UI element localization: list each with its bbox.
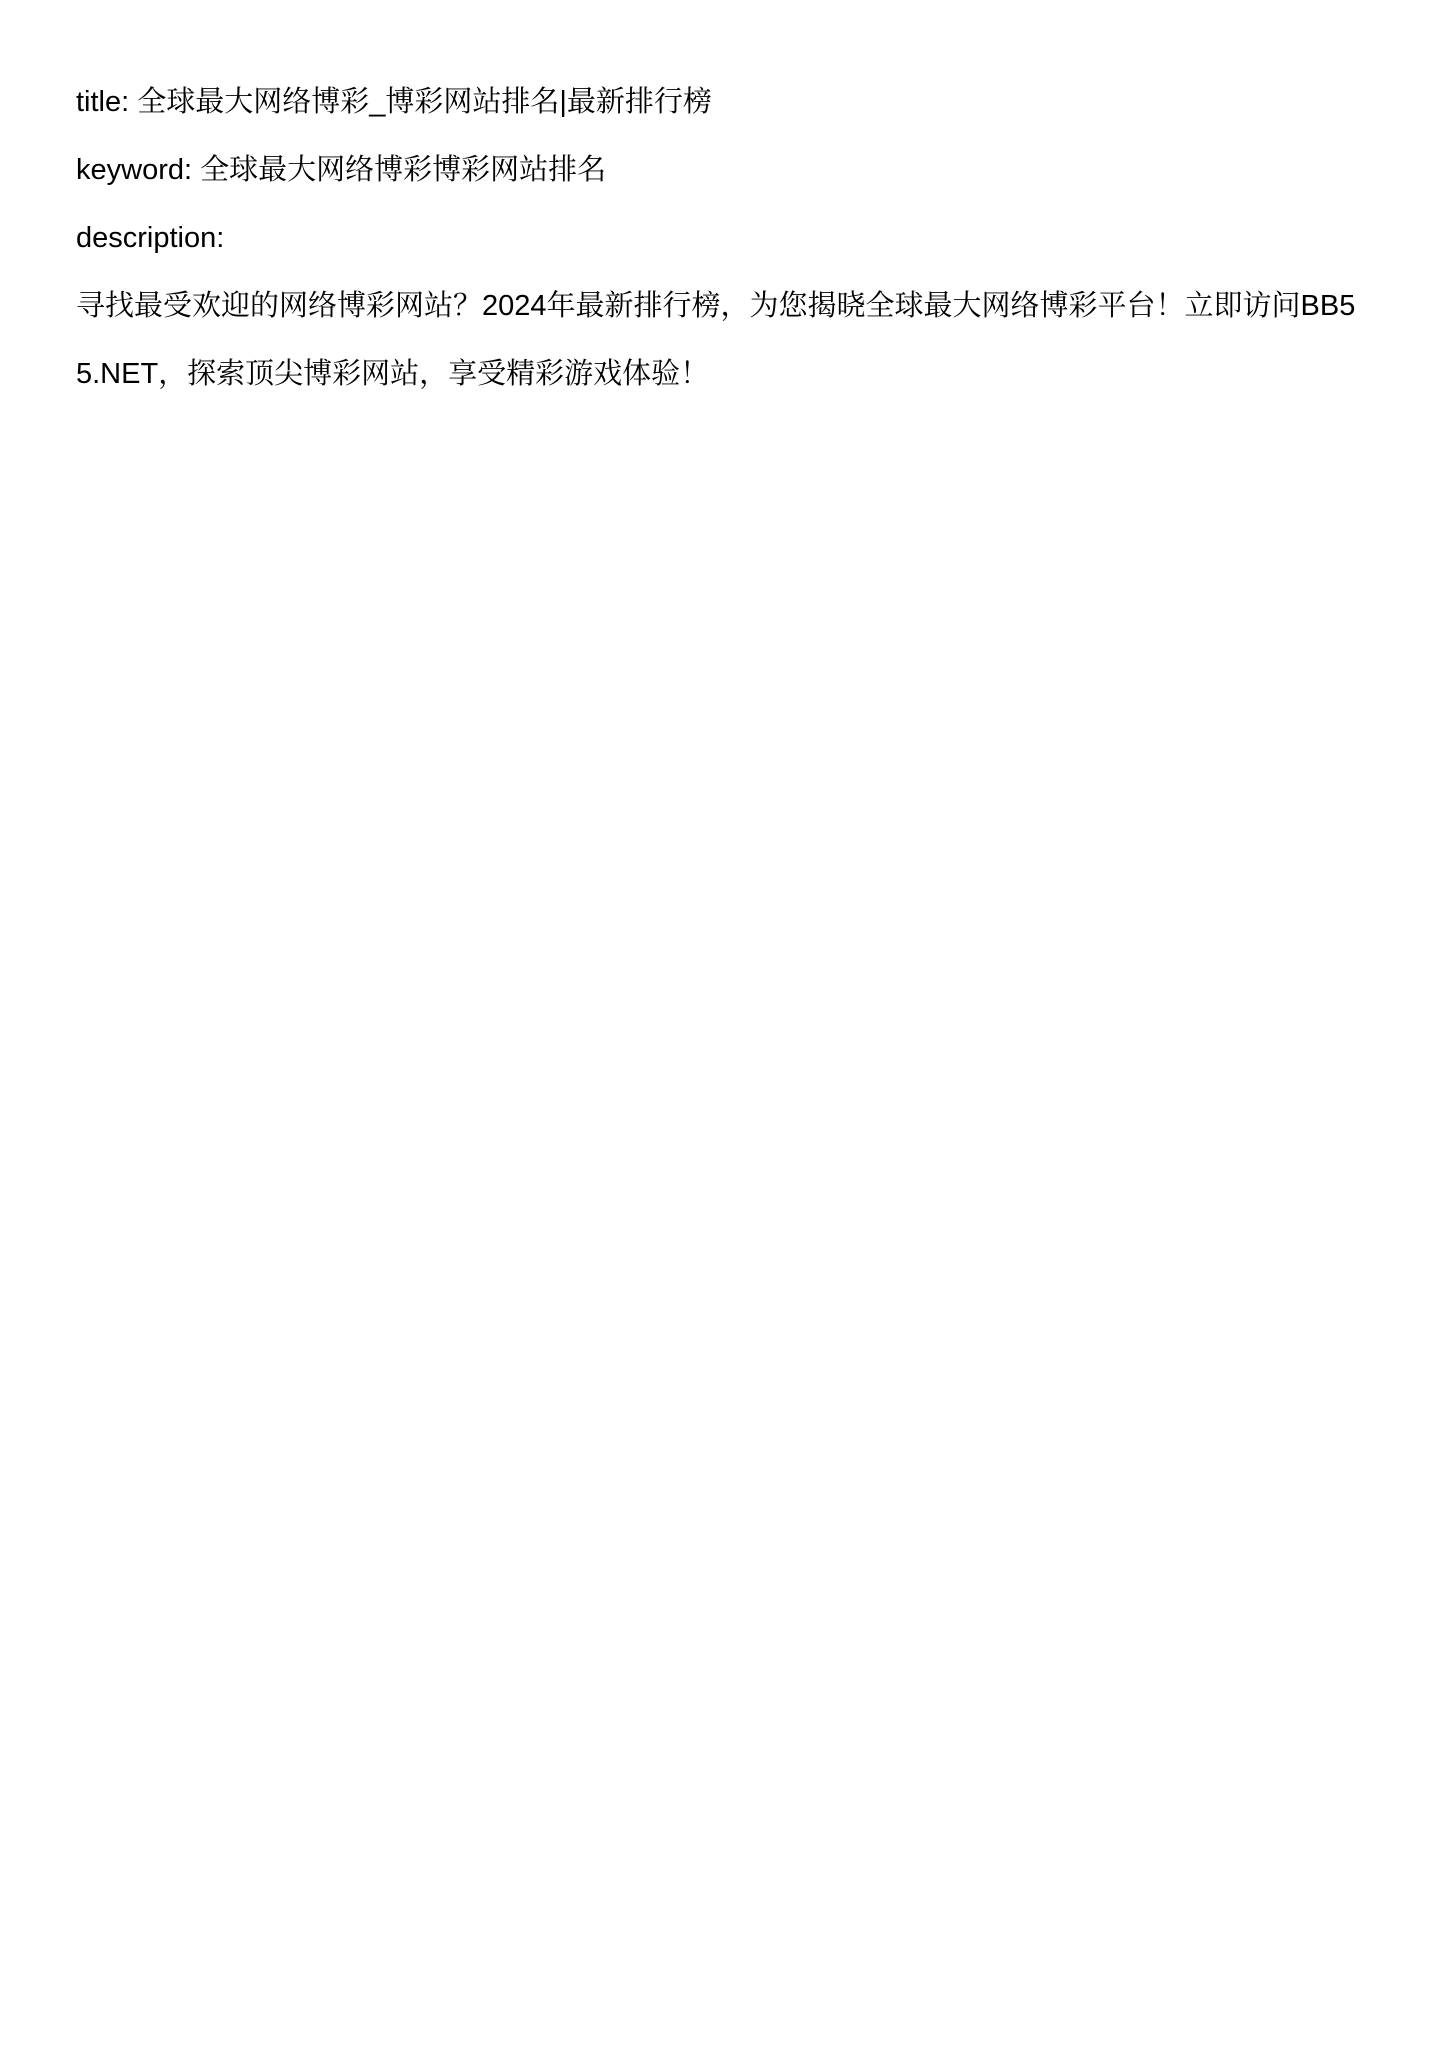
meta-description-label: description: (76, 204, 1379, 272)
meta-title-line: title: 全球最大网络博彩_博彩网站排名|最新排行榜 (76, 68, 1379, 136)
document-body: title: 全球最大网络博彩_博彩网站排名|最新排行榜 keyword: 全球… (76, 68, 1379, 408)
document-page: title: 全球最大网络博彩_博彩网站排名|最新排行榜 keyword: 全球… (0, 0, 1449, 2048)
description-text-line-2: 5.NET，探索顶尖博彩网站，享受精彩游戏体验！ (76, 340, 1379, 408)
meta-keyword-line: keyword: 全球最大网络博彩博彩网站排名 (76, 136, 1379, 204)
description-text-line-1: 寻找最受欢迎的网络博彩网站？2024年最新排行榜，为您揭晓全球最大网络博彩平台！… (76, 272, 1379, 340)
